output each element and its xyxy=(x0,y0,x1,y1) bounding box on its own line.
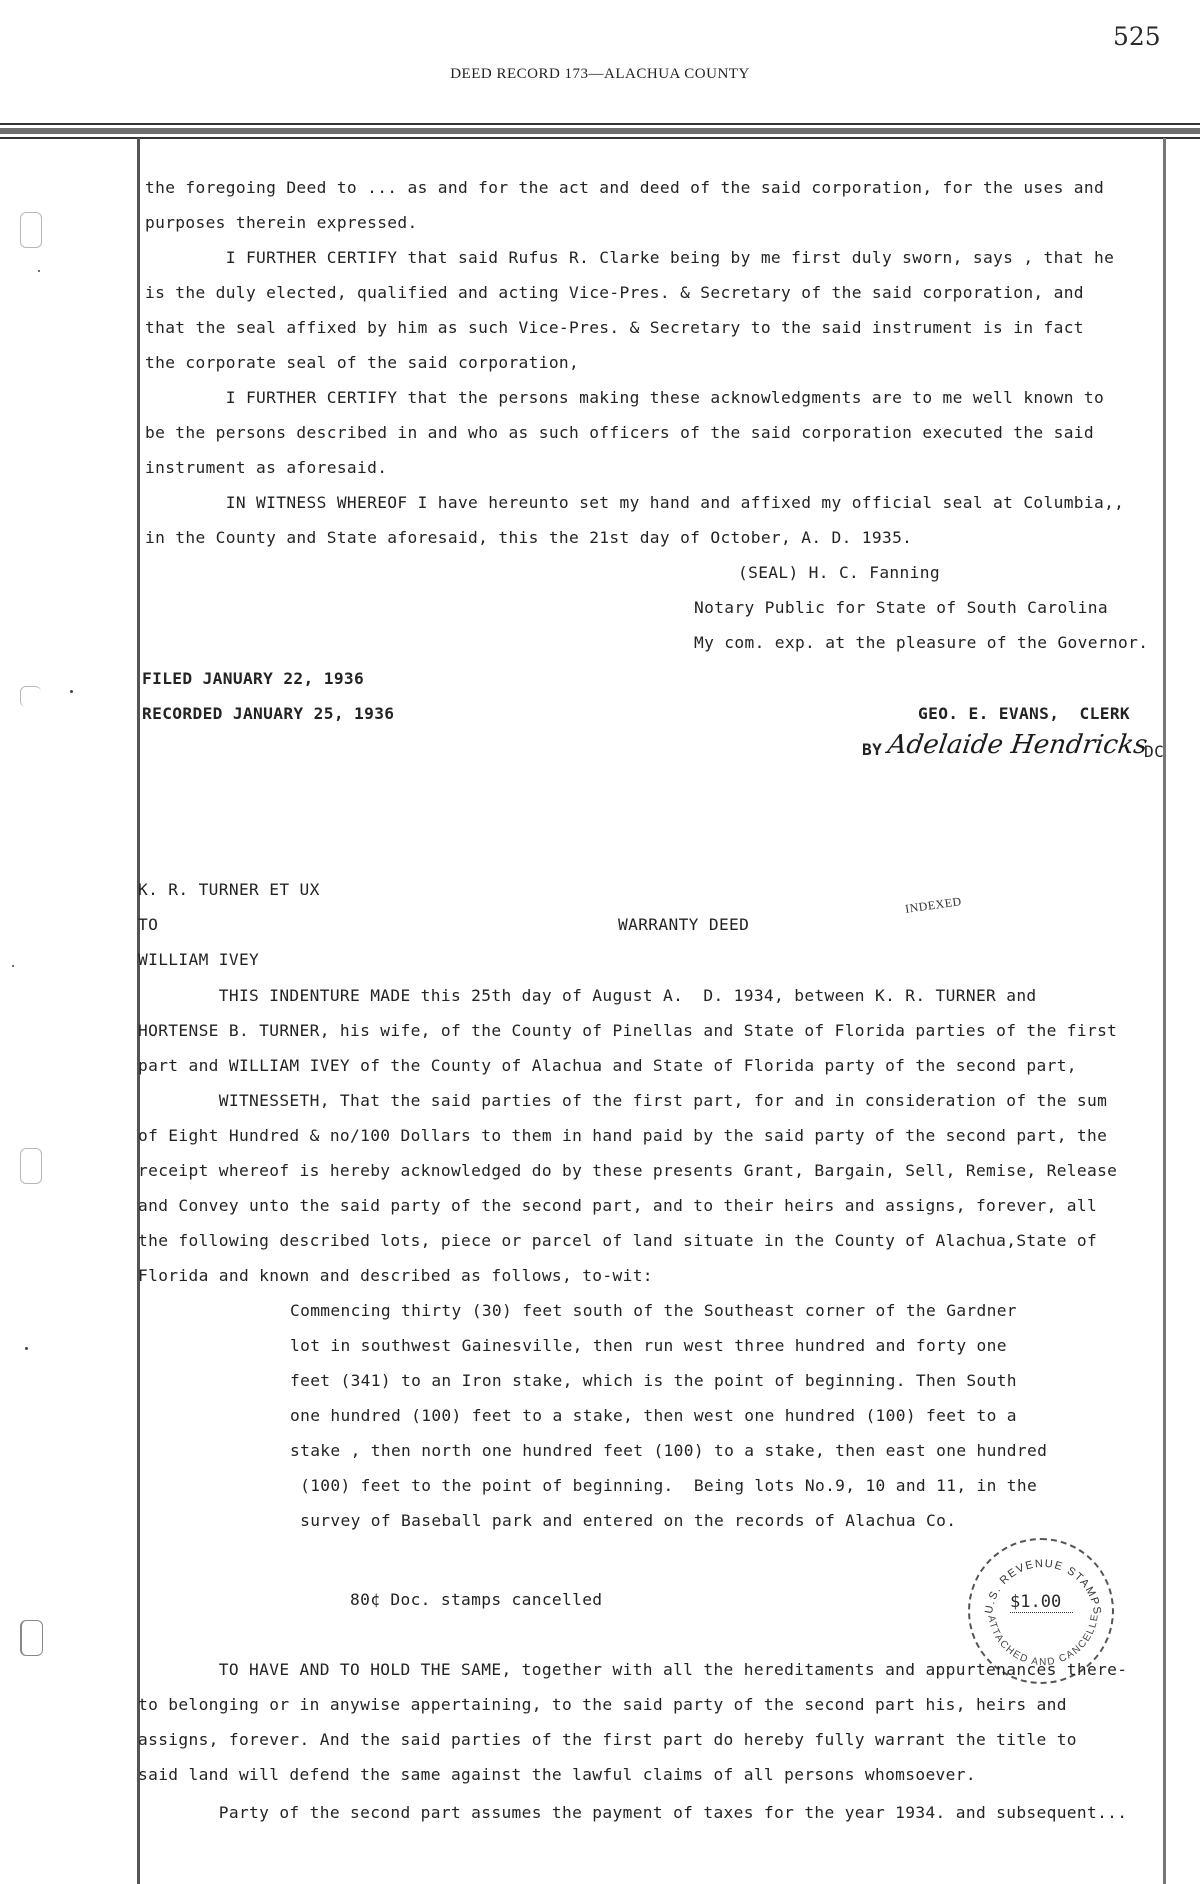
ack-line: is the duly elected, qualified and actin… xyxy=(145,283,1084,303)
ack-line: that the seal affixed by him as such Vic… xyxy=(145,318,1084,338)
deed-body-line: part and WILLIAM IVEY of the County of A… xyxy=(138,1056,1077,1076)
ack-line: I FURTHER CERTIFY that said Rufus R. Cla… xyxy=(145,248,1114,268)
habendum-line: TO HAVE AND TO HOLD THE SAME, together w… xyxy=(138,1660,1127,1680)
ack-line: IN WITNESS WHEREOF I have hereunto set m… xyxy=(145,493,1124,513)
doc-stamps-note: 80¢ Doc. stamps cancelled xyxy=(350,1590,602,1610)
ack-line: I FURTHER CERTIFY that the persons makin… xyxy=(145,388,1104,408)
legal-description-line: feet (341) to an Iron stake, which is th… xyxy=(290,1371,1017,1391)
deed-body-line: of Eight Hundred & no/100 Dollars to the… xyxy=(138,1126,1107,1146)
grantee-name: WILLIAM IVEY xyxy=(138,950,259,970)
ack-line: instrument as aforesaid. xyxy=(145,458,387,478)
binder-hole-icon xyxy=(20,686,41,707)
scan-speck xyxy=(25,1347,28,1350)
ack-line: be the persons described in and who as s… xyxy=(145,423,1094,443)
recorded-date: RECORDED JANUARY 25, 1936 xyxy=(142,704,394,724)
legal-description-line: survey of Baseball park and entered on t… xyxy=(290,1511,956,1531)
page-number: 525 xyxy=(1113,22,1161,51)
running-header: DEED RECORD 173—ALACHUA COUNTY xyxy=(0,66,1200,83)
deed-body-line: and Convey unto the said party of the se… xyxy=(138,1196,1097,1216)
deputy-signature: Adelaide Hendricks xyxy=(886,730,1149,760)
deed-body-line: THIS INDENTURE MADE this 25th day of Aug… xyxy=(138,986,1037,1006)
scan-speck xyxy=(38,270,40,272)
habendum-line: to belonging or in anywise appertaining,… xyxy=(138,1695,1067,1715)
deed-body-line: receipt whereof is hereby acknowledged d… xyxy=(138,1161,1117,1181)
legal-description-line: (100) feet to the point of beginning. Be… xyxy=(290,1476,1037,1496)
legal-description-line: Commencing thirty (30) feet south of the… xyxy=(290,1301,1017,1321)
binder-hole-icon xyxy=(20,212,42,248)
deed-body-line: WITNESSETH, That the said parties of the… xyxy=(138,1091,1107,1111)
binder-hole-icon xyxy=(20,1620,43,1656)
deed-body-line: HORTENSE B. TURNER, his wife, of the Cou… xyxy=(138,1021,1117,1041)
filed-date: FILED JANUARY 22, 1936 xyxy=(142,669,364,689)
notary-seal-line: (SEAL) H. C. Fanning xyxy=(738,563,940,583)
scan-speck xyxy=(70,690,73,693)
ack-line: in the County and State aforesaid, this … xyxy=(145,528,912,548)
deputy-clerk-suffix: DC xyxy=(1144,742,1164,762)
scan-speck xyxy=(12,965,14,967)
to-label: TO xyxy=(138,915,158,935)
revenue-stamp-amount: $1.00 xyxy=(1010,1592,1073,1613)
left-margin-line xyxy=(137,138,140,1884)
taxes-line: Party of the second part assumes the pay… xyxy=(138,1803,1127,1823)
notary-title-line: Notary Public for State of South Carolin… xyxy=(694,598,1108,618)
legal-description-line: one hundred (100) feet to a stake, then … xyxy=(290,1406,1017,1426)
header-rule-thick xyxy=(0,128,1200,134)
notary-commission-line: My com. exp. at the pleasure of the Gove… xyxy=(694,633,1148,653)
right-margin-line xyxy=(1163,138,1166,1884)
binder-hole-icon xyxy=(20,1148,42,1184)
indexed-stamp: INDEXED xyxy=(904,894,962,917)
header-rule-top xyxy=(0,123,1200,125)
deed-body-line: Florida and known and described as follo… xyxy=(138,1266,653,1286)
habendum-line: said land will defend the same against t… xyxy=(138,1765,976,1785)
deed-body-line: the following described lots, piece or p… xyxy=(138,1231,1097,1251)
clerk-name: GEO. E. EVANS, CLERK xyxy=(918,704,1130,724)
grantor-name: K. R. TURNER ET UX xyxy=(138,880,320,900)
ack-line: the foregoing Deed to ... as and for the… xyxy=(145,178,1104,198)
legal-description-line: lot in southwest Gainesville, then run w… xyxy=(290,1336,1007,1356)
ack-line: the corporate seal of the said corporati… xyxy=(145,353,579,373)
deed-type: WARRANTY DEED xyxy=(618,915,749,935)
habendum-line: assigns, forever. And the said parties o… xyxy=(138,1730,1077,1750)
legal-description-line: stake , then north one hundred feet (100… xyxy=(290,1441,1047,1461)
header-rule-bottom xyxy=(0,137,1200,139)
by-label: BY xyxy=(862,740,882,760)
ack-line: purposes therein expressed. xyxy=(145,213,418,233)
